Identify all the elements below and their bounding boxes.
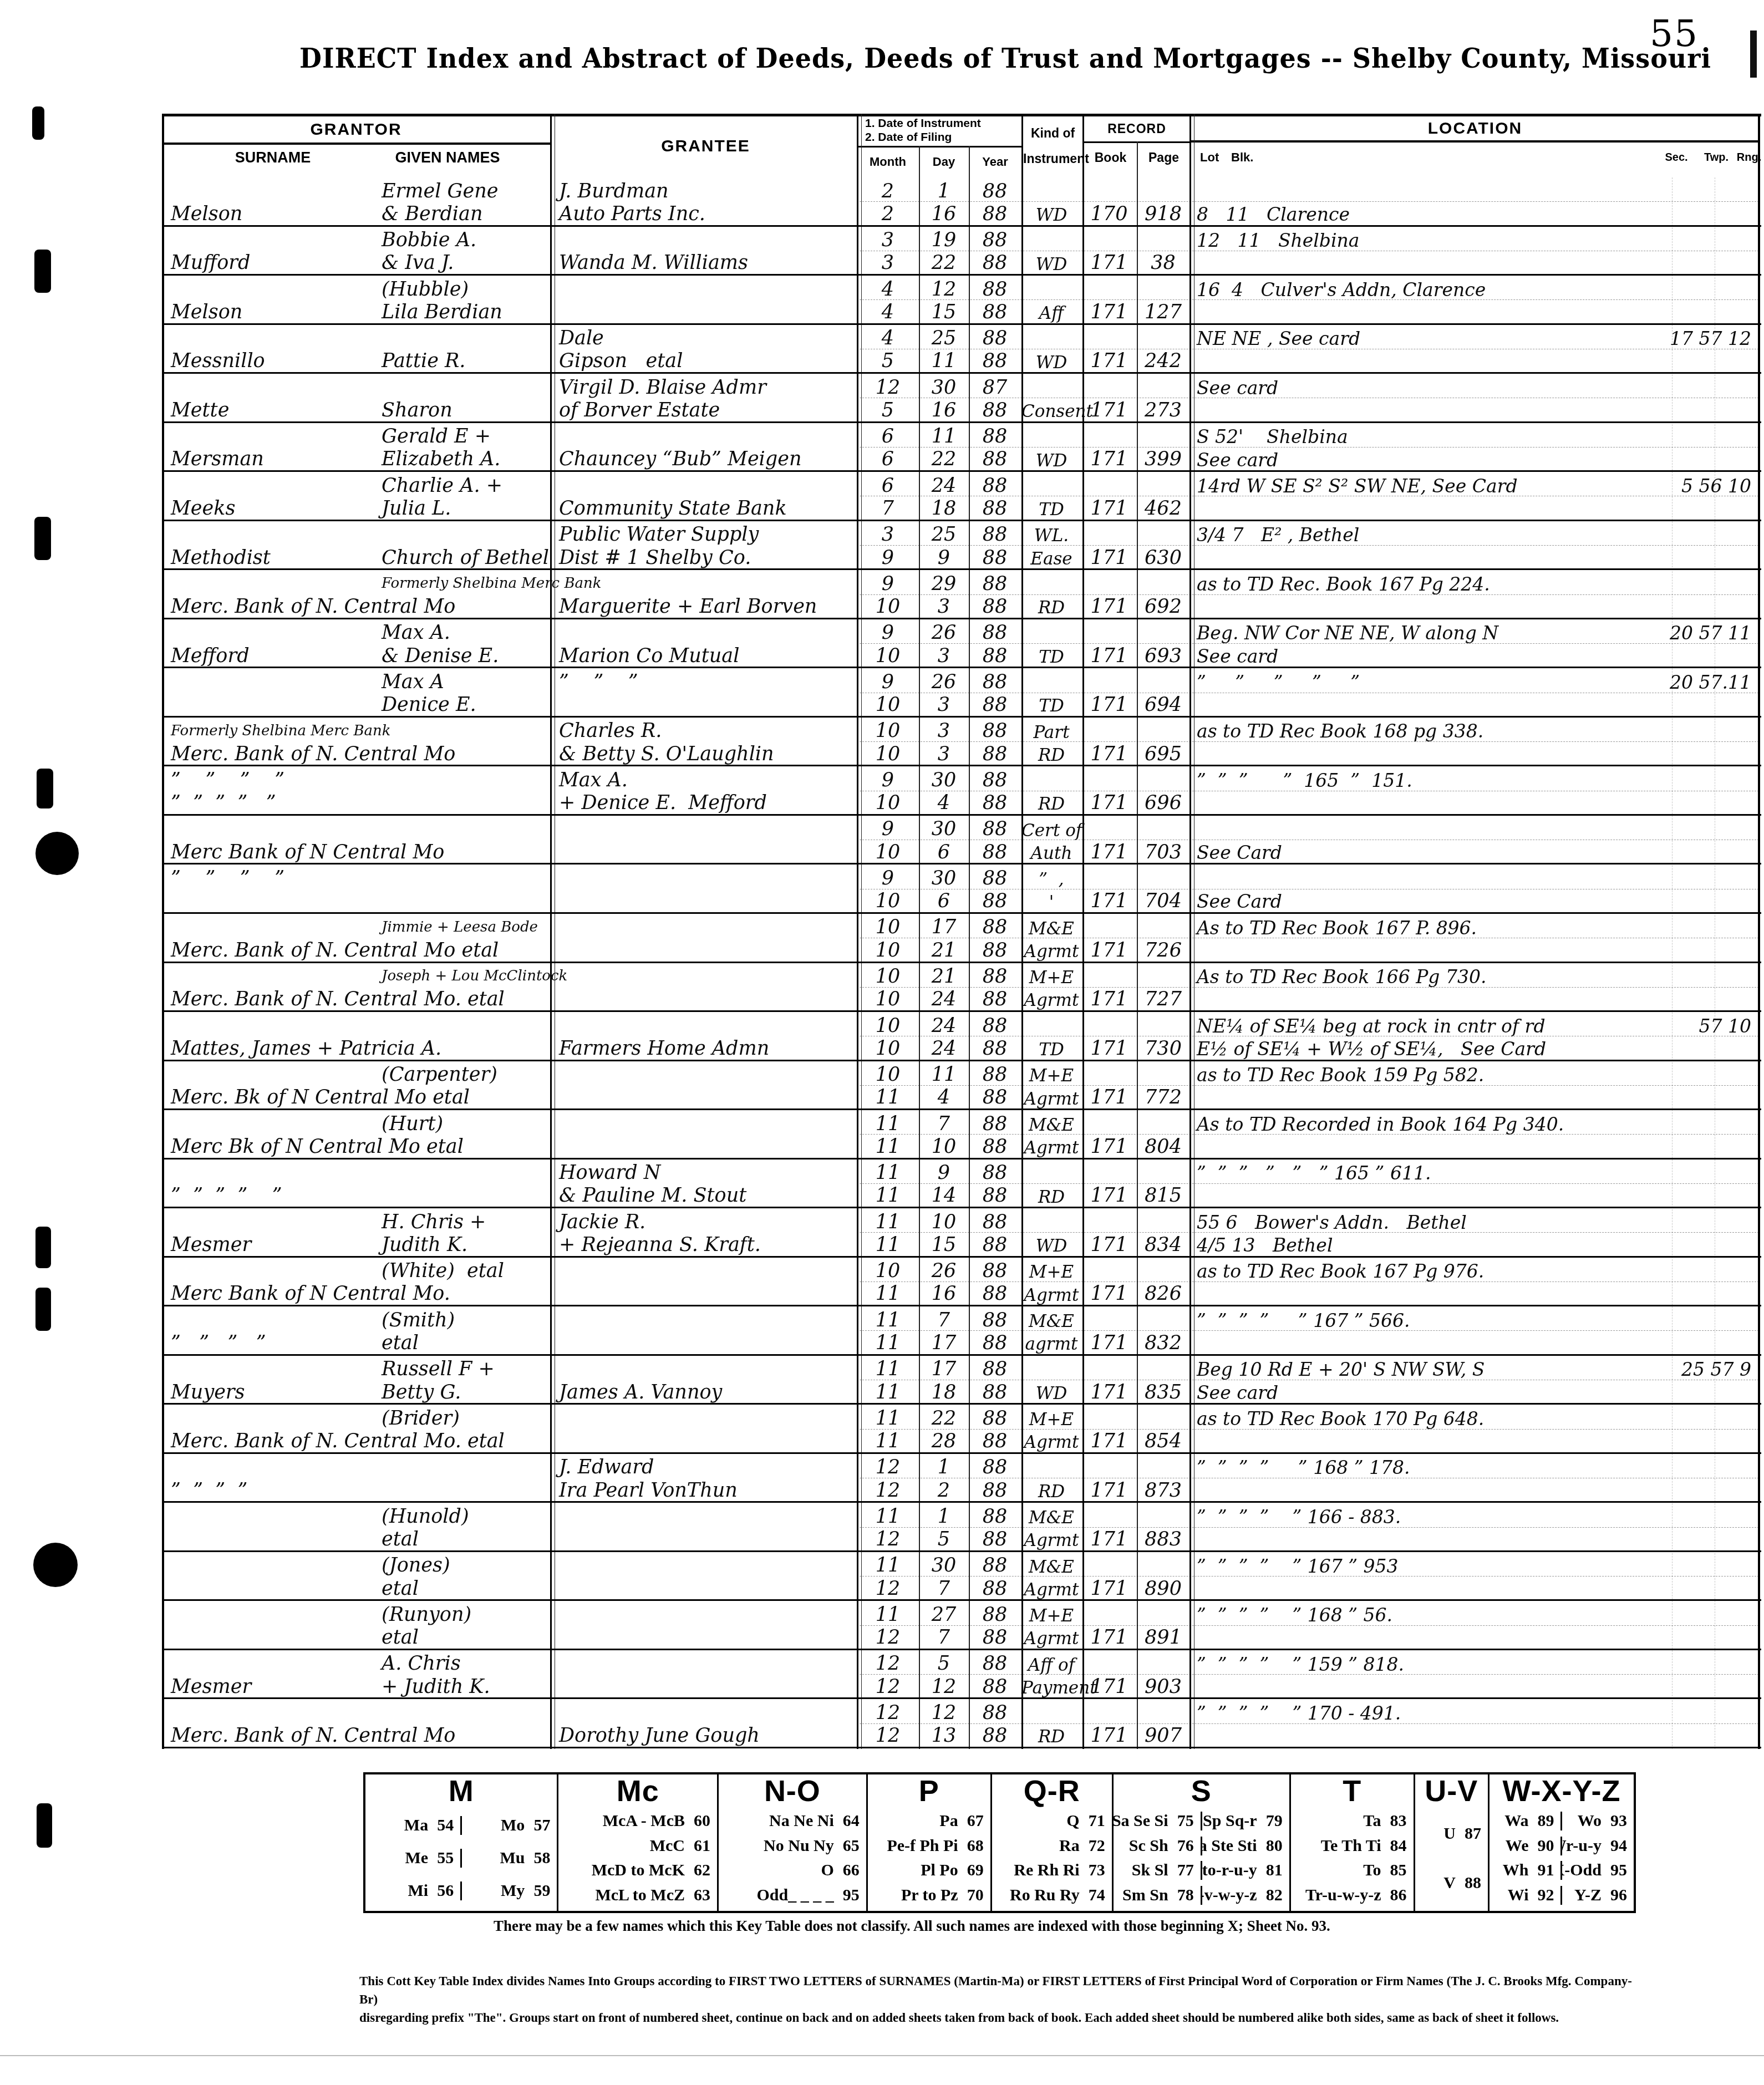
ledger-row: Dale42588NE NE , See card17 57 12 bbox=[162, 325, 1761, 349]
record-underline bbox=[1082, 141, 1189, 143]
cell-d: 5 bbox=[919, 1654, 969, 1674]
cell-d: 26 bbox=[919, 623, 969, 643]
cell-sc: 20 57 11 bbox=[1587, 624, 1751, 643]
cell-b: 171 bbox=[1082, 695, 1136, 715]
cell-y: 88 bbox=[969, 449, 1021, 470]
ledger-row: Merc Bk of N Central Mo etal111088Agrmt1… bbox=[162, 1135, 1761, 1159]
cell-b: 171 bbox=[1082, 744, 1136, 765]
cell-g: (Carpenter) bbox=[382, 1065, 497, 1085]
key-cell: Ma54 bbox=[365, 1816, 460, 1835]
cell-l: 3/4 7 E² , Bethel bbox=[1197, 526, 1359, 545]
key-cell-number: 80 bbox=[1266, 1837, 1283, 1855]
ledger-row: Mesmer+ Judith K.121288Payment171903 bbox=[162, 1675, 1761, 1699]
cell-k: TD bbox=[1021, 697, 1081, 715]
cell-g: Bobbie A. bbox=[382, 230, 476, 251]
cell-b: 171 bbox=[1082, 793, 1136, 813]
cell-y: 88 bbox=[969, 1431, 1021, 1452]
binder-hole-mark bbox=[34, 250, 51, 293]
cell-y: 88 bbox=[969, 525, 1021, 545]
cell-l: Beg. NW Cor NE NE, W along N bbox=[1197, 624, 1498, 643]
cell-m: 11 bbox=[857, 1555, 919, 1576]
cell-p: 692 bbox=[1137, 597, 1189, 617]
cell-e: ” ” ” bbox=[559, 672, 638, 693]
cell-b: 170 bbox=[1082, 204, 1136, 225]
key-row: Me55Mu58 bbox=[365, 1849, 557, 1868]
cell-y: 88 bbox=[969, 1726, 1021, 1746]
cell-m: 3 bbox=[857, 253, 919, 273]
cell-e: & Pauline M. Stout bbox=[559, 1186, 746, 1206]
key-cell: U87 bbox=[1415, 1824, 1488, 1843]
header-grantee: GRANTEE bbox=[555, 137, 857, 156]
key-row: Ra72 bbox=[992, 1837, 1112, 1855]
cell-e: of Borver Estate bbox=[559, 400, 720, 421]
cell-m: 11 bbox=[857, 1310, 919, 1331]
key-cell-label: Pa bbox=[939, 1812, 958, 1830]
cell-l: ” ” ” ” ” 167 ” 566. bbox=[1197, 1311, 1410, 1331]
cell-l: 14rd W SE S² S² SW NE, See Card bbox=[1197, 477, 1518, 496]
cell-d: 16 bbox=[919, 204, 969, 225]
cell-e: + Rejeanna S. Kraft. bbox=[559, 1235, 761, 1255]
key-column-header: S bbox=[1114, 1774, 1289, 1809]
key-cell-label: Wo bbox=[1578, 1812, 1602, 1830]
cell-d: 27 bbox=[919, 1605, 969, 1625]
ledger-row: (Brider)112288M+Eas to TD Rec Book 170 P… bbox=[162, 1405, 1761, 1429]
key-column: Q-RQ71Ra72Re Rh Ri73Ro Ru Ry74 bbox=[992, 1774, 1114, 1911]
key-cell-label: Sa Se Si bbox=[1114, 1812, 1168, 1830]
cell-k: M+E bbox=[1021, 1411, 1081, 1429]
ledger-row: Joseph + Lou McClintock102188M+EAs to TD… bbox=[162, 963, 1761, 988]
key-cell: Ta83 bbox=[1291, 1812, 1414, 1830]
cell-k: M&E bbox=[1021, 1313, 1081, 1331]
cell-k: Aff of bbox=[1021, 1656, 1081, 1675]
cell-m: 11 bbox=[857, 1359, 919, 1380]
cell-k: RD bbox=[1021, 1188, 1081, 1207]
cell-k: RD bbox=[1021, 1728, 1081, 1746]
cell-m: 9 bbox=[857, 574, 919, 594]
cell-y: 88 bbox=[969, 721, 1021, 741]
ledger-row: J. Edward12188” ” ” ” ” 168 ” 178. bbox=[162, 1454, 1761, 1478]
key-cell-label: Wa bbox=[1504, 1812, 1528, 1830]
cell-l: as to TD Rec Book 170 Pg 648. bbox=[1197, 1410, 1484, 1429]
key-cell-label: Wh bbox=[1503, 1861, 1529, 1880]
ledger-row: 121288” ” ” ” ” 170 - 491. bbox=[162, 1699, 1761, 1723]
header-surname: SURNAME bbox=[195, 149, 350, 166]
key-cell: We90 bbox=[1490, 1837, 1561, 1855]
cell-sc: 57 10 bbox=[1587, 1017, 1751, 1036]
cell-d: 13 bbox=[919, 1726, 969, 1746]
cell-k: RD bbox=[1021, 746, 1081, 765]
cell-g: (Runyon) bbox=[382, 1605, 471, 1625]
cell-p: 883 bbox=[1137, 1529, 1189, 1550]
cell-y: 88 bbox=[969, 672, 1021, 693]
cell-k: agrmt bbox=[1021, 1335, 1081, 1354]
cell-b: 171 bbox=[1082, 940, 1136, 961]
cell-e: + Denice E. Mefford bbox=[559, 793, 767, 813]
cell-k: WD bbox=[1021, 1237, 1081, 1255]
cell-p: 727 bbox=[1137, 989, 1189, 1010]
key-cell: Tr-u-w-y-z86 bbox=[1291, 1886, 1414, 1905]
key-cell-label: Ra bbox=[1059, 1837, 1080, 1855]
cell-d: 30 bbox=[919, 819, 969, 840]
key-cell-label: Pe-f Ph Pi bbox=[887, 1837, 958, 1855]
key-cell-number: 77 bbox=[1177, 1861, 1194, 1880]
cell-s: Merc. Bank of N. Central Mo bbox=[171, 597, 455, 617]
ledger-row: MeeksJulia L.Community State Bank71888TD… bbox=[162, 496, 1761, 521]
cell-p: 873 bbox=[1137, 1481, 1189, 1501]
cell-d: 17 bbox=[919, 1333, 969, 1354]
ledger-row: ” ” ” ” ”& Pauline M. Stout111488RD17181… bbox=[162, 1184, 1761, 1208]
key-cell: Mu58 bbox=[460, 1849, 557, 1868]
cell-e: Marguerite + Earl Borven bbox=[559, 597, 817, 617]
ledger-row: Merc. Bank of N. Central MoMarguerite + … bbox=[162, 595, 1761, 619]
cell-s: Mette bbox=[171, 400, 229, 421]
key-cell-number: 55 bbox=[437, 1849, 454, 1868]
ledger-row: 102488NE¼ of SE¼ beg at rock in cntr of … bbox=[162, 1012, 1761, 1036]
cell-g: (Brider) bbox=[382, 1408, 460, 1429]
cell-s: Formerly Shelbina Merc Bank bbox=[171, 724, 391, 739]
cell-y: 88 bbox=[969, 1579, 1021, 1599]
key-row: Odd_ _ _ _95 bbox=[719, 1886, 866, 1905]
cell-e: Howard N bbox=[559, 1163, 660, 1183]
key-cell-number: 57 bbox=[533, 1816, 550, 1835]
cell-m: 6 bbox=[857, 476, 919, 496]
cell-l: ” ” ” ” ” bbox=[1197, 673, 1360, 693]
cell-g: Formerly Shelbina Merc Bank bbox=[382, 576, 602, 591]
cell-e: Chauncey “Bub” Meigen bbox=[559, 449, 801, 470]
cell-s: Muyers bbox=[171, 1382, 245, 1403]
cell-m: 10 bbox=[857, 989, 919, 1010]
cell-e: Dorothy June Gough bbox=[559, 1726, 760, 1746]
cell-m: 12 bbox=[857, 1703, 919, 1723]
key-cell-number: 89 bbox=[1537, 1812, 1554, 1830]
cell-l: NE NE , See card bbox=[1197, 329, 1360, 349]
cell-m: 3 bbox=[857, 525, 919, 545]
key-cell-label: Sc Sh bbox=[1129, 1837, 1168, 1855]
key-row: Mi56My59 bbox=[365, 1881, 557, 1900]
header-record: RECORD bbox=[1084, 121, 1189, 136]
key-cell-number: 60 bbox=[694, 1812, 710, 1830]
cell-y: 88 bbox=[969, 1605, 1021, 1625]
key-column: SSa Se Si75So Sp Sq-r79Sc Sh76Sta Ste St… bbox=[1114, 1774, 1291, 1911]
key-cell-number: 87 bbox=[1465, 1824, 1481, 1843]
footer-line-1: This Cott Key Table Index divides Names … bbox=[359, 1972, 1635, 2008]
cell-b: 171 bbox=[1082, 1726, 1136, 1746]
cell-d: 3 bbox=[919, 695, 969, 715]
cell-d: 24 bbox=[919, 1039, 969, 1059]
cell-s: Methodist bbox=[171, 548, 271, 568]
cell-m: 11 bbox=[857, 1114, 919, 1135]
cell-d: 30 bbox=[919, 1555, 969, 1576]
cell-m: 2 bbox=[857, 181, 919, 202]
cell-d: 5 bbox=[919, 1529, 969, 1550]
header-blk: Blk. bbox=[1231, 150, 1253, 165]
cell-p: 835 bbox=[1137, 1382, 1189, 1403]
cell-m: 10 bbox=[857, 646, 919, 667]
cell-m: 12 bbox=[857, 1579, 919, 1599]
cell-p: 834 bbox=[1137, 1235, 1189, 1255]
cell-y: 88 bbox=[969, 548, 1021, 568]
cell-m: 11 bbox=[857, 1605, 919, 1625]
cell-y: 88 bbox=[969, 646, 1021, 667]
header-kind-of: Kind of bbox=[1023, 126, 1082, 141]
cell-k: WD bbox=[1021, 354, 1081, 372]
cell-y: 88 bbox=[969, 967, 1021, 987]
cell-d: 29 bbox=[919, 574, 969, 594]
cell-l: as to TD Rec Book 168 pg 338. bbox=[1197, 722, 1483, 741]
cell-s: ” ” ” ” ” bbox=[171, 1186, 282, 1206]
ledger-row: MessnilloPattie R.Gipson etal51188WD1712… bbox=[162, 349, 1761, 374]
cell-l: See card bbox=[1197, 647, 1278, 667]
key-row: Wi92Y-Z96 bbox=[1490, 1886, 1634, 1905]
cell-d: 15 bbox=[919, 302, 969, 323]
cell-g: Elizabeth A. bbox=[382, 449, 501, 470]
header-book: Book bbox=[1084, 150, 1137, 165]
cell-y: 88 bbox=[969, 1507, 1021, 1527]
key-row: U87 bbox=[1415, 1824, 1488, 1843]
cell-k: Agrmt bbox=[1021, 1630, 1081, 1648]
cell-d: 3 bbox=[919, 744, 969, 765]
cell-p: 772 bbox=[1137, 1087, 1189, 1108]
cell-m: 9 bbox=[857, 770, 919, 791]
key-cell-label: McL to McZ bbox=[595, 1886, 685, 1905]
cell-y: 88 bbox=[969, 842, 1021, 863]
ledger-row: ” ” ” ” ”+ Denice E. Mefford10488RD17169… bbox=[162, 791, 1761, 816]
cell-d: 21 bbox=[919, 967, 969, 987]
cell-e: Wanda M. Williams bbox=[559, 253, 748, 273]
cell-b: 171 bbox=[1082, 302, 1136, 323]
cell-d: 17 bbox=[919, 917, 969, 938]
cell-p: 694 bbox=[1137, 695, 1189, 715]
cell-g: Joseph + Lou McClintock bbox=[382, 969, 567, 984]
cell-m: 12 bbox=[857, 1654, 919, 1674]
key-row: We90Wr-u-y94 bbox=[1490, 1837, 1634, 1855]
cell-k: M&E bbox=[1021, 1558, 1081, 1577]
cell-d: 18 bbox=[919, 1382, 969, 1403]
cell-g: & Denise E. bbox=[382, 646, 499, 667]
cell-g: Pattie R. bbox=[382, 351, 465, 372]
cell-y: 88 bbox=[969, 1359, 1021, 1380]
key-cell-label: Q bbox=[1066, 1812, 1079, 1830]
table-top-rule bbox=[162, 114, 1761, 116]
cell-m: 12 bbox=[857, 1481, 919, 1501]
cell-d: 11 bbox=[919, 1065, 969, 1085]
cell-m: 9 bbox=[857, 672, 919, 693]
cell-g: Sharon bbox=[382, 400, 453, 421]
ledger-row: 10688'171704See Card bbox=[162, 889, 1761, 914]
cell-b: 171 bbox=[1082, 646, 1136, 667]
key-cell-number: 54 bbox=[437, 1816, 454, 1835]
cell-y: 88 bbox=[969, 351, 1021, 372]
key-row: Ro Ru Ry74 bbox=[992, 1886, 1112, 1905]
cell-b: 171 bbox=[1082, 449, 1136, 470]
scan-edge-artifact bbox=[1750, 30, 1757, 78]
cell-e: Farmers Home Admn bbox=[559, 1039, 769, 1059]
cell-s: ” ” ” ” bbox=[171, 1481, 247, 1501]
cell-l: ” ” ” ” ” 168 ” 56. bbox=[1197, 1606, 1392, 1625]
cell-p: 695 bbox=[1137, 744, 1189, 765]
key-row: O66 bbox=[719, 1861, 866, 1880]
cell-e: Auto Parts Inc. bbox=[559, 204, 705, 225]
cell-m: 12 bbox=[857, 1628, 919, 1648]
cell-g: etal bbox=[382, 1529, 419, 1550]
cell-d: 21 bbox=[919, 940, 969, 961]
key-cell-number: 70 bbox=[967, 1886, 984, 1905]
cell-l: 4/5 13 Bethel bbox=[1197, 1236, 1333, 1255]
key-cell-number: 71 bbox=[1089, 1812, 1105, 1830]
cell-m: 11 bbox=[857, 1507, 919, 1527]
cell-k: Aff bbox=[1021, 304, 1081, 323]
cell-y: 88 bbox=[969, 1016, 1021, 1036]
key-cell: Wr-u-y94 bbox=[1560, 1837, 1634, 1855]
cell-m: 7 bbox=[857, 499, 919, 519]
cell-e: James A. Vannoy bbox=[559, 1382, 722, 1403]
key-cell: Odd_ _ _ _95 bbox=[719, 1886, 866, 1905]
key-cell-number: 69 bbox=[967, 1861, 984, 1880]
cell-g: & Berdian bbox=[382, 204, 482, 225]
key-row: Sc Sh76Sta Ste Sti80 bbox=[1114, 1837, 1289, 1855]
key-row: Sm Sn78Su-v-w-y-z82 bbox=[1114, 1886, 1289, 1905]
key-cell-number: 92 bbox=[1537, 1886, 1554, 1905]
cell-l: See card bbox=[1197, 1384, 1278, 1403]
cell-g: (Hubble) bbox=[382, 279, 469, 300]
ledger-row: Russell F +111788Beg 10 Rd E + 20' S NW … bbox=[162, 1356, 1761, 1380]
cell-d: 7 bbox=[919, 1628, 969, 1648]
cell-d: 26 bbox=[919, 672, 969, 693]
key-cell-label: Sto-r-u-y bbox=[1201, 1861, 1257, 1880]
key-cell-label: X-Odd bbox=[1560, 1861, 1602, 1880]
cell-g: Max A bbox=[382, 672, 444, 693]
cell-y: 88 bbox=[969, 302, 1021, 323]
cell-y: 88 bbox=[969, 695, 1021, 715]
cell-m: 9 bbox=[857, 623, 919, 643]
cell-m: 10 bbox=[857, 940, 919, 961]
header-instrument: Instrument bbox=[1023, 151, 1082, 166]
key-row: McL to McZ63 bbox=[558, 1886, 717, 1905]
cell-l: See card bbox=[1197, 451, 1278, 470]
cell-k: ' bbox=[1021, 893, 1081, 912]
key-cell-label: Wr-u-y bbox=[1560, 1837, 1602, 1855]
cell-k: Part bbox=[1021, 724, 1081, 742]
key-row: Pa67 bbox=[868, 1812, 990, 1830]
ledger-row: (Jones)113088M&E” ” ” ” ” 167 ” 953 bbox=[162, 1552, 1761, 1577]
cell-m: 11 bbox=[857, 1284, 919, 1304]
cell-y: 88 bbox=[969, 989, 1021, 1010]
cell-k: Agrmt bbox=[1021, 1581, 1081, 1599]
cell-k: Agrmt bbox=[1021, 1286, 1081, 1305]
key-column-header: M bbox=[365, 1774, 557, 1809]
key-cell-label: So Sp Sq-r bbox=[1201, 1812, 1257, 1830]
cell-m: 10 bbox=[857, 695, 919, 715]
key-row: Tr-u-w-y-z86 bbox=[1291, 1886, 1414, 1905]
cell-e: Jackie R. bbox=[559, 1212, 645, 1233]
key-cell-label: McC bbox=[650, 1837, 685, 1855]
cell-k: M&E bbox=[1021, 1116, 1081, 1135]
cell-l: As to TD Recorded in Book 164 Pg 340. bbox=[1197, 1115, 1564, 1135]
cell-m: 11 bbox=[857, 1137, 919, 1157]
cell-y: 88 bbox=[969, 1408, 1021, 1429]
cell-s: ” ” ” ” bbox=[171, 770, 284, 791]
key-cell-number: 72 bbox=[1089, 1837, 1105, 1855]
cell-l: As to TD Rec Book 166 Pg 730. bbox=[1197, 968, 1486, 987]
key-cell-label: Re Rh Ri bbox=[1014, 1861, 1079, 1880]
cell-g: Max A. bbox=[382, 623, 450, 643]
binder-hole-mark bbox=[35, 1227, 51, 1268]
cell-p: 891 bbox=[1137, 1628, 1189, 1648]
cell-p: 703 bbox=[1137, 842, 1189, 863]
cell-k: Agrmt bbox=[1021, 1139, 1081, 1157]
header-year: Year bbox=[969, 155, 1021, 169]
cell-m: 11 bbox=[857, 1431, 919, 1452]
key-cell-number: 62 bbox=[694, 1861, 710, 1880]
cell-d: 17 bbox=[919, 1359, 969, 1380]
cell-m: 5 bbox=[857, 400, 919, 421]
header-date-instrument: 1. Date of Instrument bbox=[865, 117, 981, 130]
cell-l: ” ” ” ” ” 166 - 883. bbox=[1197, 1508, 1401, 1527]
key-cell-label: McD to McK bbox=[592, 1861, 685, 1880]
cell-b: 171 bbox=[1082, 253, 1136, 273]
cell-y: 88 bbox=[969, 819, 1021, 840]
key-column-header: P bbox=[868, 1774, 990, 1809]
cell-p: 804 bbox=[1137, 1137, 1189, 1157]
header-sec: Sec. bbox=[1657, 151, 1696, 164]
key-table: MMa54Mo57Me55Mu58Mi56My59McMcA - McB60Mc… bbox=[363, 1772, 1636, 1913]
ledger-row: ” ” ” ”93088” , bbox=[162, 864, 1761, 889]
key-cell-label: Mo bbox=[501, 1816, 525, 1835]
cell-k: Agrmt bbox=[1021, 1090, 1081, 1108]
cell-d: 24 bbox=[919, 476, 969, 496]
cell-m: 10 bbox=[857, 1016, 919, 1036]
cell-s: Mufford bbox=[171, 253, 250, 273]
key-cell: Pa67 bbox=[868, 1812, 990, 1830]
cell-p: 693 bbox=[1137, 646, 1189, 667]
cell-s: Melson bbox=[171, 204, 242, 225]
key-column-header: W-X-Y-Z bbox=[1490, 1774, 1634, 1809]
cell-y: 88 bbox=[969, 1555, 1021, 1576]
key-column-header: T bbox=[1291, 1774, 1414, 1809]
key-cell-label: V bbox=[1443, 1874, 1456, 1893]
cell-d: 30 bbox=[919, 868, 969, 889]
cell-k: M+E bbox=[1021, 1067, 1081, 1085]
cell-k: Agrmt bbox=[1021, 1433, 1081, 1452]
ledger-row: Ermel GeneJ. Burdman2188 bbox=[162, 177, 1761, 202]
cell-l: ” ” ” ” ” 168 ” 178. bbox=[1197, 1458, 1410, 1478]
footer-note: This Cott Key Table Index divides Names … bbox=[359, 1972, 1635, 2027]
cell-s: Merc. Bank of N. Central Mo. etal bbox=[171, 1431, 505, 1452]
cell-d: 7 bbox=[919, 1114, 969, 1135]
cell-m: 4 bbox=[857, 279, 919, 300]
cell-m: 11 bbox=[857, 1408, 919, 1429]
key-row: Pe-f Ph Pi68 bbox=[868, 1837, 990, 1855]
key-cell-label: Su-v-w-y-z bbox=[1201, 1886, 1257, 1905]
ledger-row: (Hubble)4128816 4 Culver's Addn, Clarenc… bbox=[162, 276, 1761, 300]
key-row: Te Th Ti84 bbox=[1291, 1837, 1414, 1855]
cell-g: etal bbox=[382, 1628, 419, 1648]
cell-y: 88 bbox=[969, 426, 1021, 447]
cell-d: 11 bbox=[919, 426, 969, 447]
cell-b: 171 bbox=[1082, 842, 1136, 863]
cell-s: Merc. Bank of N. Central Mo. etal bbox=[171, 989, 505, 1010]
cell-y: 88 bbox=[969, 181, 1021, 202]
cell-s: Merc Bk of N Central Mo etal bbox=[171, 1137, 464, 1157]
cell-m: 11 bbox=[857, 1163, 919, 1183]
key-row: Sa Se Si75So Sp Sq-r79 bbox=[1114, 1812, 1289, 1830]
key-cell: Mo57 bbox=[460, 1816, 557, 1835]
cell-p: 726 bbox=[1137, 940, 1189, 961]
cell-s: Mesmer bbox=[171, 1235, 251, 1255]
header-rng: Rng. bbox=[1732, 151, 1764, 164]
ledger-row: Merc. Bk of N Central Mo etal11488Agrmt1… bbox=[162, 1086, 1761, 1110]
header-page: Page bbox=[1138, 150, 1189, 165]
